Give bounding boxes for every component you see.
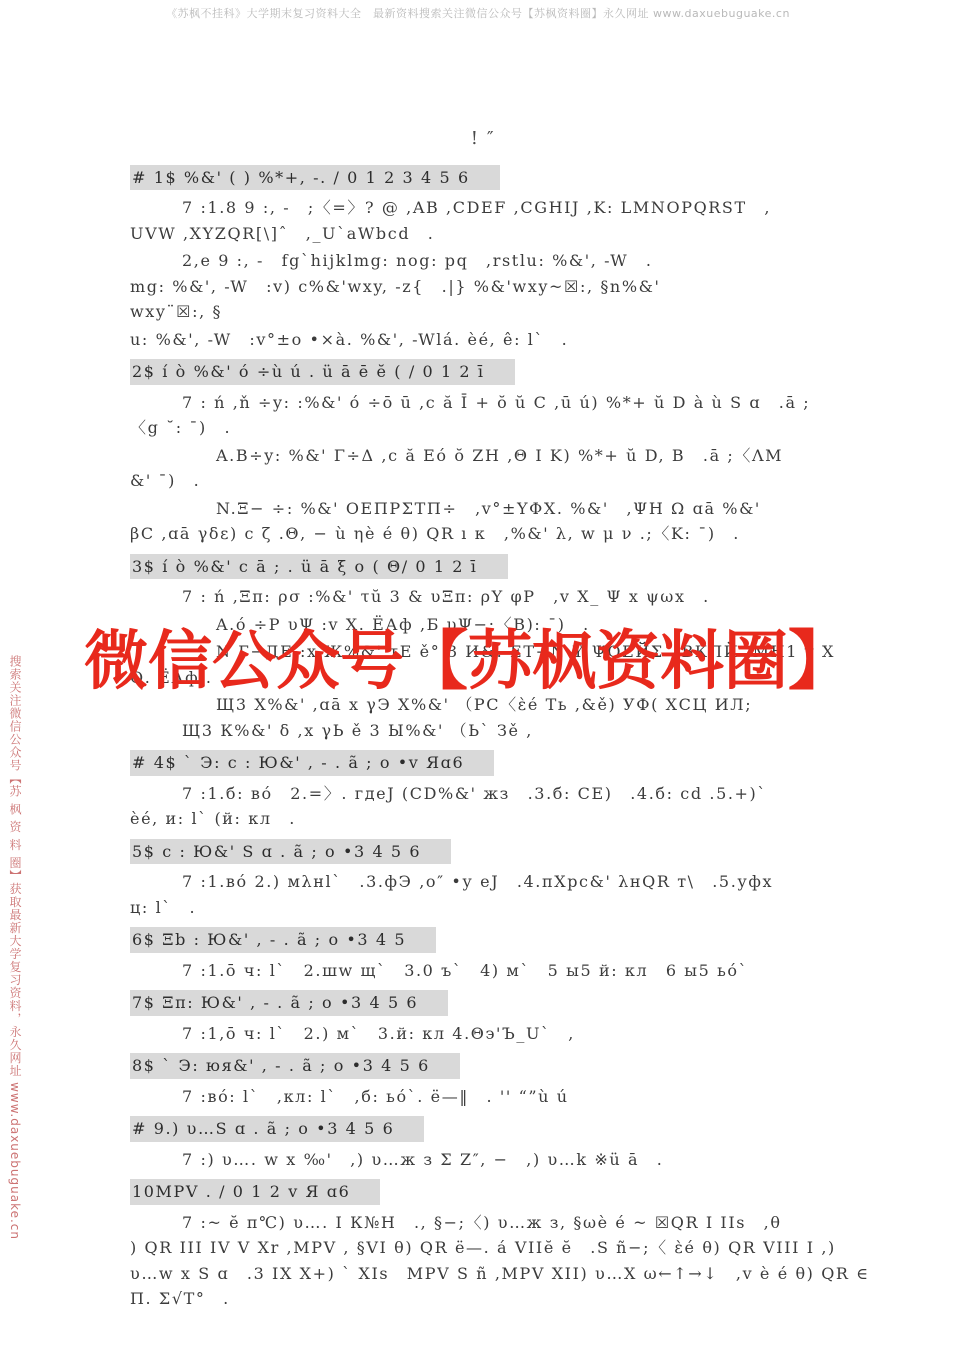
paragraph: 7 :1.ō ч: l` 2.шw щ` 3.0 ъ` 4) м` 5 ы5 й… <box>130 958 836 984</box>
wechat-watermark-text: 微信公众号【苏枫资料圈】 <box>84 629 832 696</box>
paragraph: 7 :1.б: вó 2.=〉. гдеJ (CD%&' жз .3.б: СЕ… <box>130 781 836 832</box>
section-heading: # 4$ ` Э: с : Ю&' , - . ã ; о •v Яɑ6 <box>130 750 494 776</box>
text-line: υ…w х S ɑ .3 IX X+) ` XIs МPV S ñ ,МPV X… <box>130 1261 836 1287</box>
text-line: 7 :1,ō ч: l` 2.) м` 3.й: кл 4.Θэ'Ъ_U` , <box>130 1021 836 1047</box>
page-header: 《苏枫不挂科》大学期末复习资料大全 最新资料搜索关注微信公众号【苏枫资料圈】永久… <box>0 5 956 21</box>
text-line: wxy¨☒:, § <box>130 299 836 325</box>
document-content: ! ″ # 1$ %&' ( ) %*+, -. / 0 1 2 3 4 5 6… <box>130 126 836 1314</box>
text-line: П. Σ√Т° . <box>130 1286 836 1312</box>
section-heading: 5$ c : Ю&' S ɑ . ã ; о •3 4 5 6 <box>130 839 451 865</box>
text-line: 7 :вó: l` ,кл: l` ,б: ьó`. ё—‖ . '' “”ù … <box>130 1084 836 1110</box>
paragraph: Щ3 Х%&' ,ɑā х γЭ Х%&' （РС〈ὲé Ть ,&ě) УФ(… <box>130 692 836 743</box>
text-line: 7 : ń ,ň ÷y: :%&' ó ÷ō ū ,c ă Ī + ŏ ŭ C … <box>130 390 836 416</box>
section-heading: 3$ í ò %&' c ā ; . ü ā ξ о ( Θ/ 0 1 2 ī <box>130 554 508 580</box>
page-header-text: 《苏枫不挂科》大学期末复习资料大全 最新资料搜索关注微信公众号【苏枫资料圈】永久… <box>166 7 790 20</box>
text-line: 7 : ń ,Ξπ: ρσ :%&' τŭ 3 & υΞπ: ρΥ φР ,v … <box>130 584 836 610</box>
section-heading: 10MPV . / 0 1 2 v Я ɑ6 <box>130 1179 380 1205</box>
section-heading: 6$ Ξb : Ю&' , - . ã ; о •3 4 5 <box>130 927 436 953</box>
paragraph: A.B÷y: %&' Γ÷Δ ,c ă Eó ŏ ZH ,Θ I K) %*+ … <box>130 443 836 494</box>
section-heading: # 9.) υ…S ɑ . ã ; о •3 4 5 6 <box>130 1116 424 1142</box>
paragraph: N.Ξ− ÷: %&' ОЕПРΣТП÷ ,v°±ΥΦХ. %&' ,ΨН Ω … <box>130 496 836 547</box>
text-line: 7 :~ ĕ п℃) υ…. I К№Н ., §−;〈) υ…ж з, §ωè… <box>130 1210 836 1236</box>
side-watermark-text: 搜索关注微信公众号【苏 枫 资 料 圈】获取最新大学复习资料，永久网址 www.… <box>7 655 24 1135</box>
paragraph: u: %&', -W :v°±o •×à. %&', -Wlá. èé, ê: … <box>130 327 836 353</box>
document-body: # 1$ %&' ( ) %*+, -. / 0 1 2 3 4 5 67 :1… <box>130 165 836 1312</box>
text-line: 7 :1.ō ч: l` 2.шw щ` 3.0 ъ` 4) м` 5 ы5 й… <box>130 958 836 984</box>
text-line: βС ,ɑā γδε) c ζ .Θ, − ù ηè é θ) QR ı κ ,… <box>130 521 836 547</box>
text-line: u: %&', -W :v°±o •×à. %&', -Wlá. èé, ê: … <box>130 327 836 353</box>
text-line: &' ¯) . <box>130 468 836 494</box>
text-line: Щ3 К%&' δ ,х γЬ ě 3 Ы%&' （Ь` Зě , <box>130 718 836 744</box>
paragraph: 7 : ń ,Ξπ: ρσ :%&' τŭ 3 & υΞπ: ρΥ φР ,v … <box>130 584 836 610</box>
text-line: ) QR III IV V Хr ,МPV , §VI θ) QR ё—. á … <box>130 1235 836 1261</box>
text-line: 7 :1.б: вó 2.=〉. гдеJ (CD%&' жз .3.б: СЕ… <box>130 781 836 807</box>
paragraph: 7 : ń ,ň ÷y: :%&' ó ÷ō ū ,c ă Ī + ŏ ŭ C … <box>130 390 836 441</box>
text-line: 〈g ˘: ¯) . <box>130 415 836 441</box>
paragraph: 7 :1.вó 2.) мλнl` .3.фЭ ,о″ •у еJ .4.пХр… <box>130 869 836 920</box>
text-line: N.Ξ− ÷: %&' ОЕПРΣТП÷ ,v°±ΥΦХ. %&' ,ΨН Ω … <box>130 496 836 522</box>
section-heading: 8$ ` Э: юя&' , - . ã ; о •3 4 5 6 <box>130 1053 460 1079</box>
text-line: 7 :1.вó 2.) мλнl` .3.фЭ ,о″ •у еJ .4.пХр… <box>130 869 836 895</box>
paragraph: 7 :1,ō ч: l` 2.) м` 3.й: кл 4.Θэ'Ъ_U` , <box>130 1021 836 1047</box>
paragraph: 7 :вó: l` ,кл: l` ,б: ьó`. ё—‖ . '' “”ù … <box>130 1084 836 1110</box>
paragraph: 7 :1.8 9 :, - ;〈=〉? @ ,AB ,CDEF ,CGHIJ ,… <box>130 195 836 246</box>
text-line: mg: %&', -W :v) c%&'wxy, -z{ .|} %&'wxy~… <box>130 274 836 300</box>
section-heading: 7$ Ξπ: Ю&' , - . ã ; о •3 4 5 6 <box>130 990 448 1016</box>
section-heading: 2$ í ò %&' ó ÷ù ú . ü ā ē ĕ ( / 0 1 2 ī <box>130 359 515 385</box>
text-line: 7 :1.8 9 :, - ;〈=〉? @ ,AB ,CDEF ,CGHIJ ,… <box>130 195 836 221</box>
paragraph: 2,e 9 :, - fg`hijklmg: nog: pq ,rstlu: %… <box>130 248 836 325</box>
text-line: ц: l` . <box>130 895 836 921</box>
text-line: A.B÷y: %&' Γ÷Δ ,c ă Eó ŏ ZH ,Θ I K) %*+ … <box>130 443 836 469</box>
text-line: UVW ,XYZQR[\]ˆ ,_U`aWbcd . <box>130 221 836 247</box>
paragraph: 7 :~ ĕ п℃) υ…. I К№Н ., §−;〈) υ…ж з, §ωè… <box>130 1210 836 1312</box>
document-title: ! ″ <box>130 126 836 152</box>
text-line: 7 :) υ…. w х ‰' ,) υ…ж з Σ Z″, − ,) υ…k … <box>130 1147 836 1173</box>
text-line: èé, и: l` (й: кл . <box>130 806 836 832</box>
paragraph: 7 :) υ…. w х ‰' ,) υ…ж з Σ Z″, − ,) υ…k … <box>130 1147 836 1173</box>
text-line: 2,e 9 :, - fg`hijklmg: nog: pq ,rstlu: %… <box>130 248 836 274</box>
section-heading: # 1$ %&' ( ) %*+, -. / 0 1 2 3 4 5 6 <box>130 165 500 191</box>
